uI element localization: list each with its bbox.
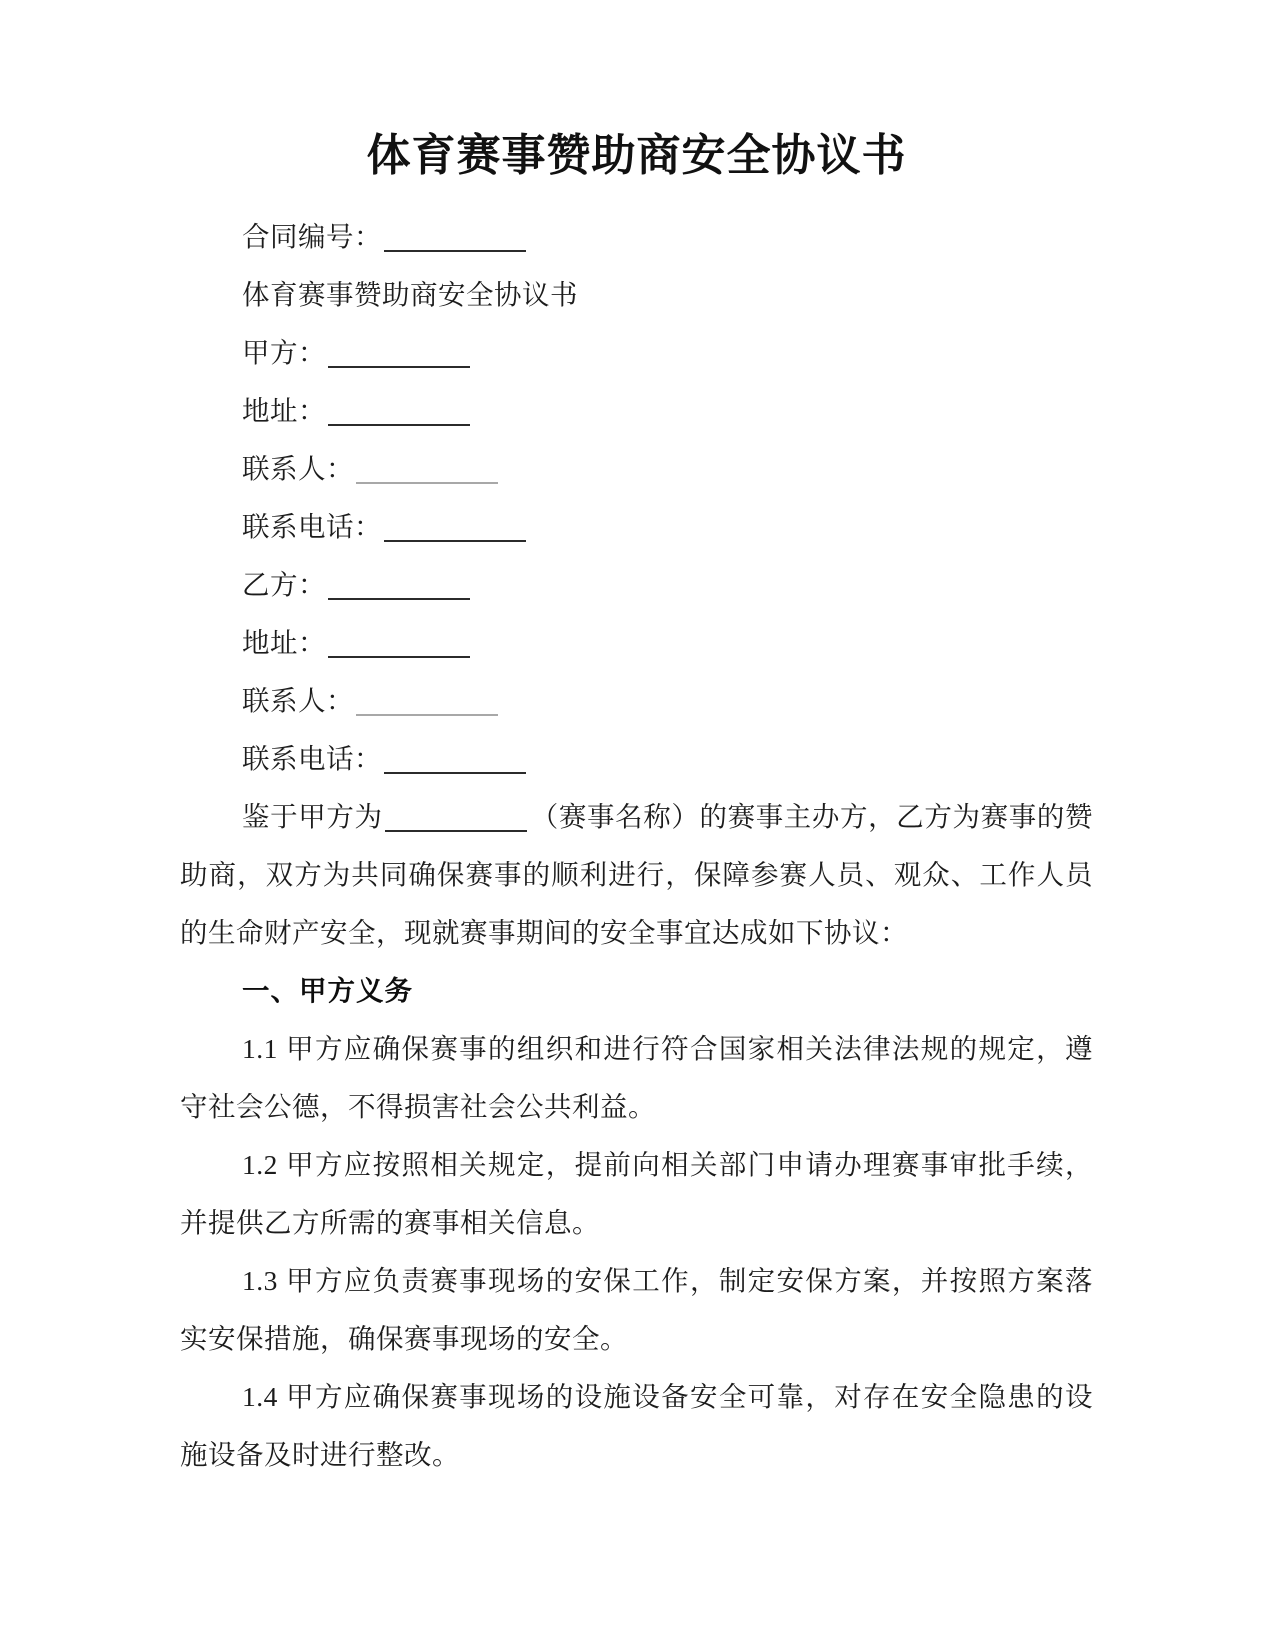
section-heading-party-a-obligations: 一、甲方义务: [180, 962, 1093, 1020]
party-a-blank-line: [328, 366, 470, 368]
field-row-party-a-address: 地址：: [180, 382, 1093, 440]
clause-1-3: 1.3 甲方应负责赛事现场的安保工作，制定安保方案，并按照方案落实安保措施，确保…: [180, 1252, 1093, 1368]
contract-number-blank-line: [384, 250, 526, 252]
preamble-text-before-blank: 鉴于甲方为: [242, 801, 383, 832]
party-a-contact-blank-line: [356, 482, 498, 484]
party-a-address-label: 地址：: [242, 395, 326, 426]
field-row-party-b-contact: 联系人：: [180, 672, 1093, 730]
party-a-address-blank-line: [328, 424, 470, 426]
party-b-contact-label: 联系人：: [242, 685, 354, 716]
clause-1-4: 1.4 甲方应确保赛事现场的设施设备安全可靠，对存在安全隐患的设施设备及时进行整…: [180, 1368, 1093, 1484]
clause-1-2: 1.2 甲方应按照相关规定，提前向相关部门申请办理赛事审批手续，并提供乙方所需的…: [180, 1136, 1093, 1252]
field-row-party-b-address: 地址：: [180, 614, 1093, 672]
field-row-party-a: 甲方：: [180, 324, 1093, 382]
document-title: 体育赛事赞助商安全协议书: [180, 122, 1093, 190]
party-b-phone-label: 联系电话：: [242, 743, 382, 774]
field-row-party-b-phone: 联系电话：: [180, 730, 1093, 788]
party-a-phone-blank-line: [384, 540, 526, 542]
party-a-phone-label: 联系电话：: [242, 511, 382, 542]
party-b-address-blank-line: [328, 656, 470, 658]
clause-1-1: 1.1 甲方应确保赛事的组织和进行符合国家相关法律法规的规定，遵守社会公德，不得…: [180, 1020, 1093, 1136]
party-b-label: 乙方：: [242, 569, 326, 600]
party-b-blank-line: [328, 598, 470, 600]
preamble-paragraph: 鉴于甲方为（赛事名称）的赛事主办方，乙方为赛事的赞助商，双方为共同确保赛事的顺利…: [180, 788, 1093, 962]
field-row-party-b: 乙方：: [180, 556, 1093, 614]
event-name-blank-line: [385, 830, 527, 832]
party-b-address-label: 地址：: [242, 627, 326, 658]
document-name-line: 体育赛事赞助商安全协议书: [180, 266, 1093, 324]
party-b-contact-blank-line: [356, 714, 498, 716]
party-a-label: 甲方：: [242, 337, 326, 368]
field-row-party-a-phone: 联系电话：: [180, 498, 1093, 556]
party-a-contact-label: 联系人：: [242, 453, 354, 484]
contract-number-row: 合同编号：: [180, 208, 1093, 266]
party-b-phone-blank-line: [384, 772, 526, 774]
field-row-party-a-contact: 联系人：: [180, 440, 1093, 498]
contract-number-label: 合同编号：: [242, 221, 382, 252]
document-page: 体育赛事赞助商安全协议书 合同编号： 体育赛事赞助商安全协议书 甲方： 地址： …: [0, 0, 1275, 1650]
